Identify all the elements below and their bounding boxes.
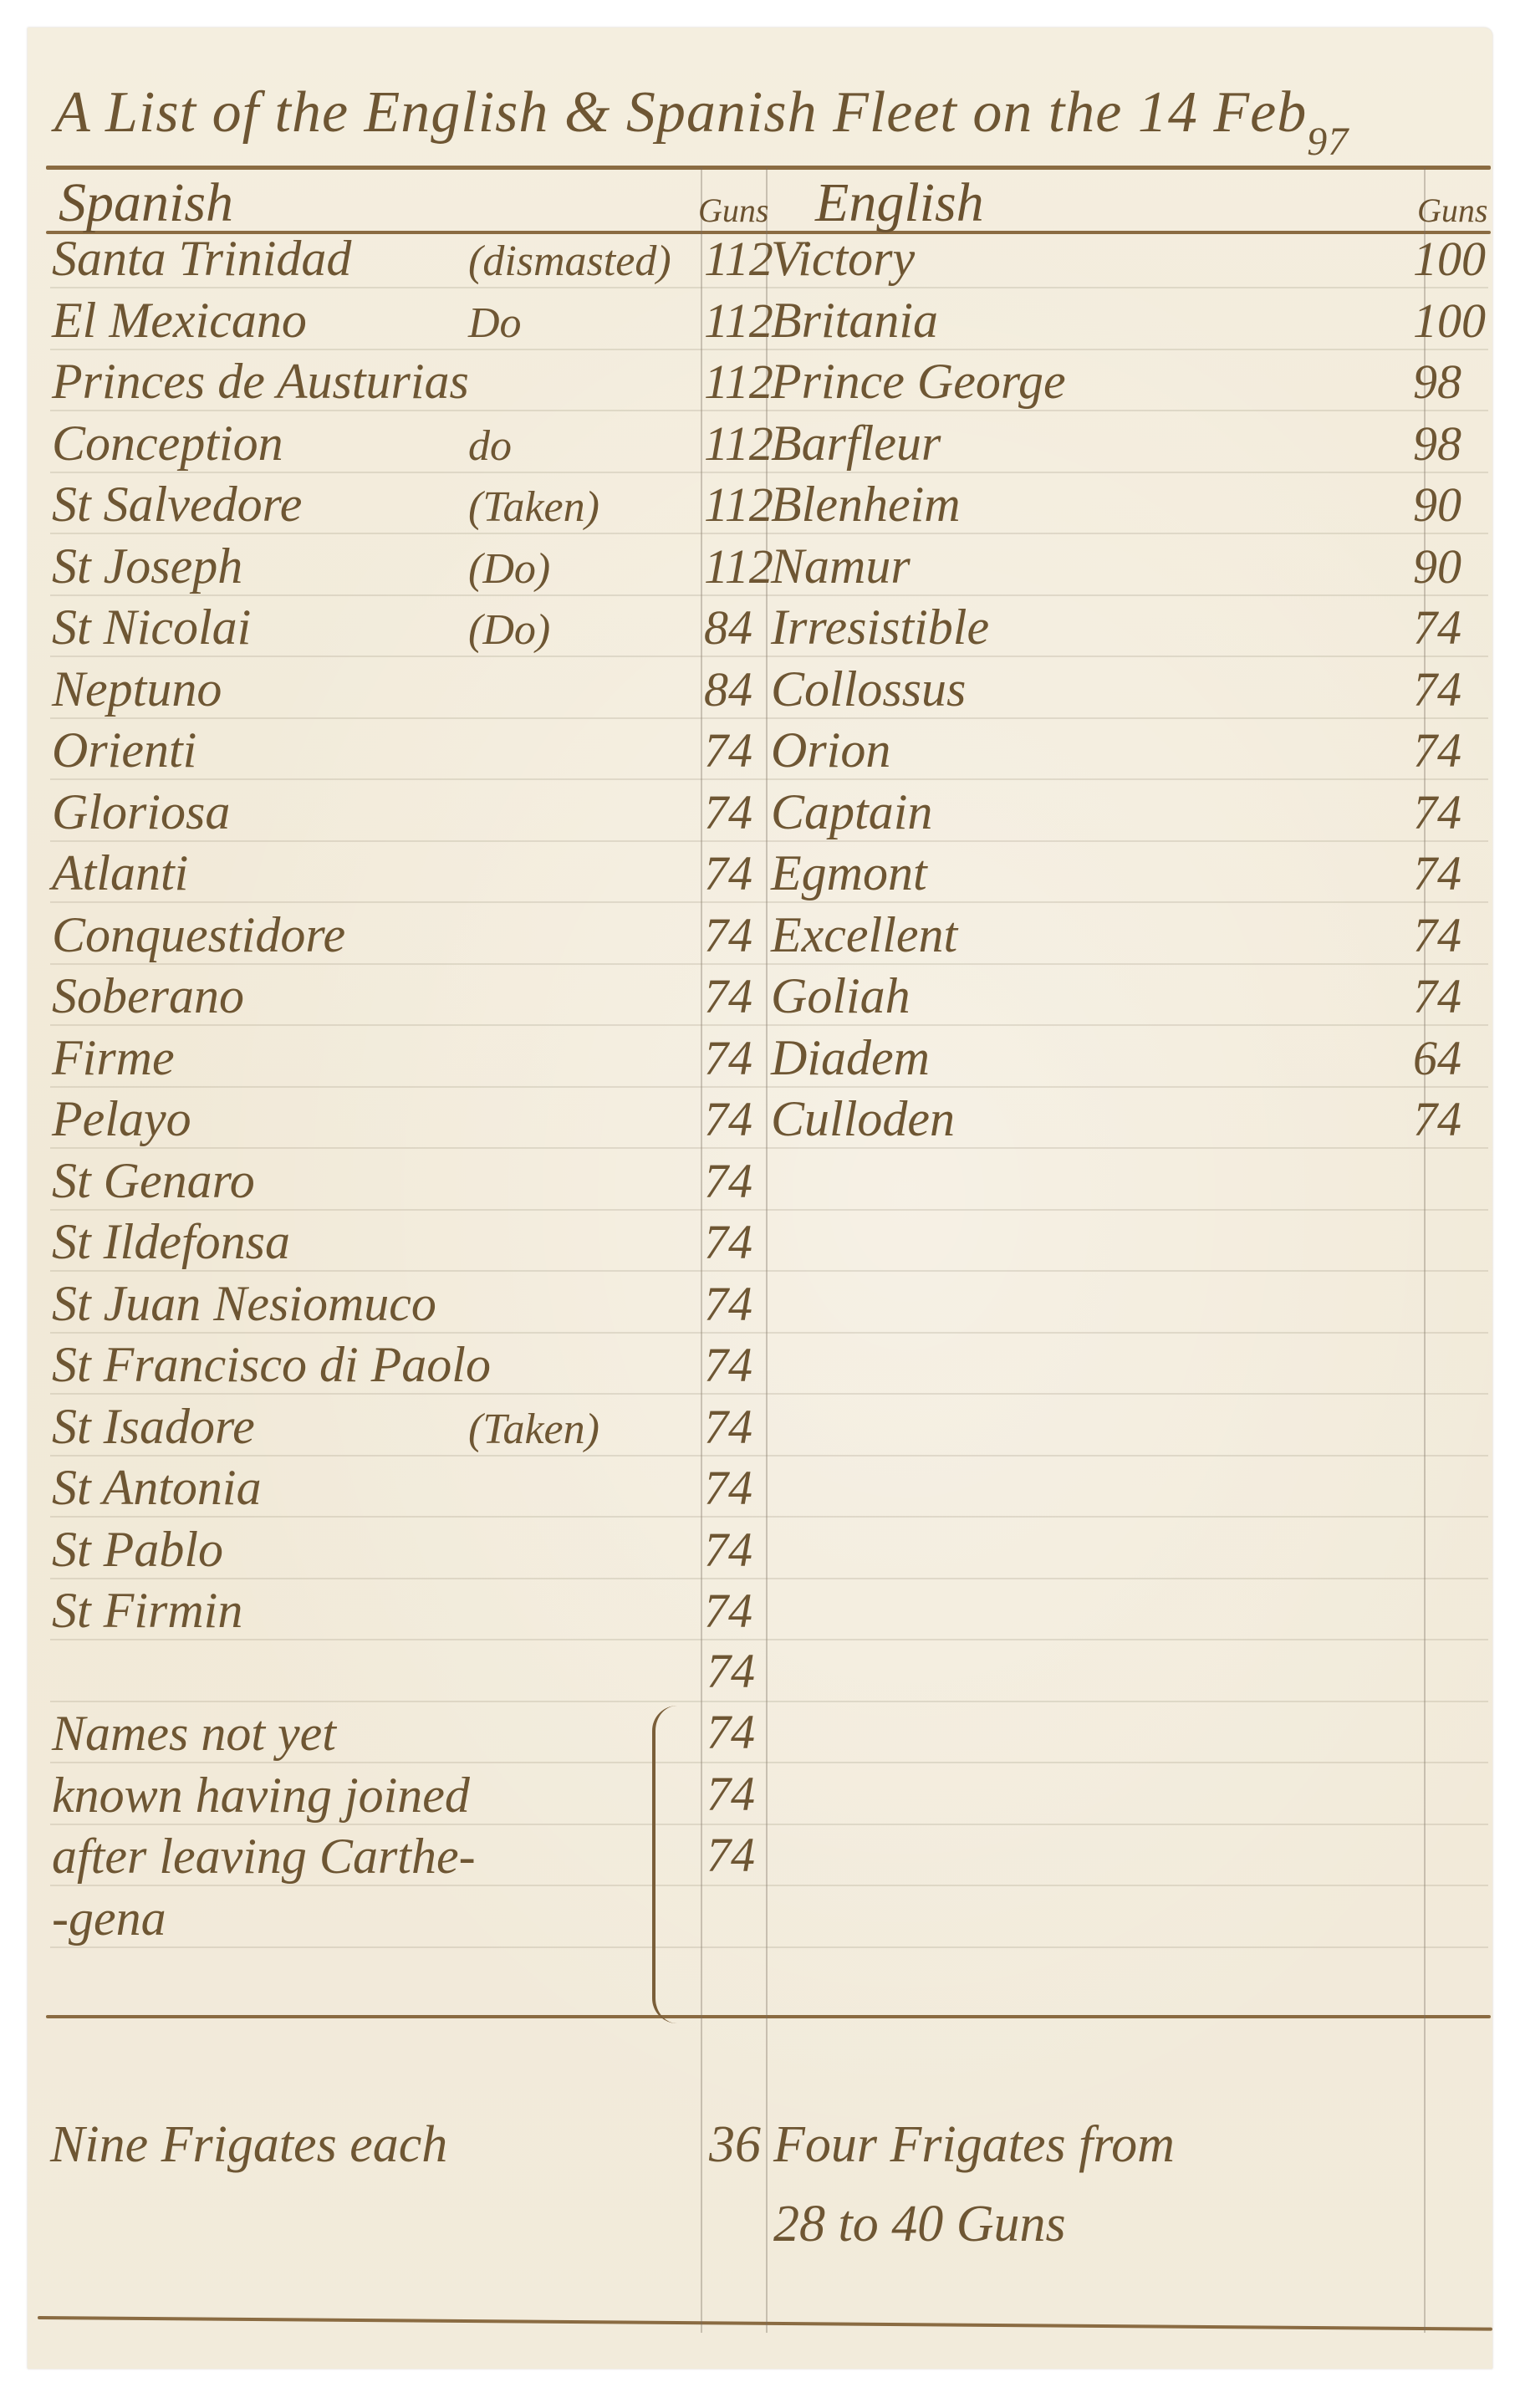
ship-guns: 98 xyxy=(1413,358,1461,406)
english-ship-row: Excellent74 xyxy=(752,905,1488,963)
ship-name: Orienti xyxy=(52,725,196,775)
ship-name: St Francisco di Paolo xyxy=(52,1339,491,1390)
header-spanish: Spanish xyxy=(59,171,233,235)
ship-guns: 74 xyxy=(704,911,752,960)
header-english-guns: Guns xyxy=(1417,191,1487,230)
ruled-line xyxy=(50,1639,1488,1640)
ship-name: Victory xyxy=(771,233,915,283)
ruled-line xyxy=(50,1332,1488,1334)
section-rule xyxy=(46,2015,1491,2018)
spanish-ship-row: St Francisco di Paolo74 xyxy=(0,1334,769,1393)
ship-guns: 74 xyxy=(1413,604,1461,652)
ship-name: St Nicolai xyxy=(52,602,251,652)
ruled-line xyxy=(50,472,1488,473)
unnamed-ship-guns: 74 xyxy=(706,1831,755,1880)
ruled-line xyxy=(50,594,1488,596)
ship-guns: 74 xyxy=(704,849,752,898)
ship-guns: 74 xyxy=(704,1280,752,1329)
ship-name: El Mexicano xyxy=(52,295,307,345)
unnamed-ship-guns: 74 xyxy=(706,1647,755,1696)
ship-guns: 90 xyxy=(1413,481,1461,529)
ruled-line xyxy=(50,349,1488,350)
spanish-ship-row: El MexicanoDo112 xyxy=(0,290,769,349)
ship-guns: 74 xyxy=(1413,788,1461,837)
ruled-line xyxy=(50,1824,1488,1825)
ruled-line xyxy=(50,1762,1488,1763)
ship-guns: 74 xyxy=(704,727,752,775)
ship-note: (Taken) xyxy=(468,1408,599,1451)
english-ship-row: Goliah74 xyxy=(752,966,1488,1024)
ship-name: Soberano xyxy=(52,971,244,1021)
ruled-line xyxy=(50,1270,1488,1272)
ruled-line xyxy=(50,410,1488,411)
english-ship-row: Irresistible74 xyxy=(752,597,1488,656)
spanish-ship-row: St Genaro74 xyxy=(0,1150,769,1209)
ship-guns: 90 xyxy=(1413,543,1461,591)
ship-name: St Joseph xyxy=(52,541,242,591)
ship-name: Princes de Austurias xyxy=(52,356,469,406)
ship-note: (Do) xyxy=(468,548,550,591)
spanish-ship-row: St Joseph(Do)112 xyxy=(0,536,769,594)
ship-name: Namur xyxy=(771,541,911,591)
ship-name: Blenheim xyxy=(771,479,961,529)
title-text: A List of the English & Spanish Fleet on… xyxy=(54,80,1307,145)
ship-name: Britania xyxy=(771,295,938,345)
english-ship-row: Barfleur98 xyxy=(752,413,1488,472)
ship-guns: 84 xyxy=(704,666,752,714)
ruled-line xyxy=(50,1701,1488,1702)
ruled-line xyxy=(50,963,1488,965)
ruled-line xyxy=(50,840,1488,842)
ship-name: Goliah xyxy=(771,971,911,1021)
ruled-line xyxy=(50,901,1488,903)
ship-note: Do xyxy=(468,302,522,345)
spanish-ship-row: Firme74 xyxy=(0,1028,769,1086)
english-ship-row: Diadem64 xyxy=(752,1028,1488,1086)
ship-guns: 74 xyxy=(704,1034,752,1083)
ship-guns: 74 xyxy=(704,1341,752,1390)
ship-name: Conception xyxy=(52,418,283,468)
english-ship-row: Victory100 xyxy=(752,228,1488,287)
brace-bracket xyxy=(652,1706,689,2023)
spanish-ship-row: Pelayo74 xyxy=(0,1089,769,1147)
ship-guns: 98 xyxy=(1413,420,1461,468)
unnamed-note-line: known having joined xyxy=(52,1770,470,1820)
spanish-ship-row: Orienti74 xyxy=(0,720,769,778)
spanish-frigates-guns: 36 xyxy=(709,2115,761,2175)
english-ship-row: Collossus74 xyxy=(752,659,1488,717)
ruled-line xyxy=(50,1516,1488,1518)
english-ship-row: Britania100 xyxy=(752,290,1488,349)
spanish-ship-row: Santa Trinidad(dismasted)112 xyxy=(0,228,769,287)
ship-guns: 74 xyxy=(1413,1095,1461,1144)
unnamed-note-line: after leaving Carthe- xyxy=(52,1831,476,1881)
ruled-line xyxy=(50,1946,1488,1948)
english-ship-row: Namur90 xyxy=(752,536,1488,594)
ship-guns: 74 xyxy=(704,972,752,1021)
ship-guns: 74 xyxy=(1413,972,1461,1021)
document-title: A List of the English & Spanish Fleet on… xyxy=(54,79,1467,146)
ruled-line xyxy=(50,717,1488,719)
unnamed-ship-guns: 74 xyxy=(706,1770,755,1819)
ship-guns: 100 xyxy=(1413,297,1486,345)
ship-guns: 74 xyxy=(1413,849,1461,898)
spanish-ship-row: St Salvedore(Taken)112 xyxy=(0,474,769,533)
header-english: English xyxy=(815,171,984,235)
ship-name: St Salvedore xyxy=(52,479,302,529)
english-ship-row: Prince George98 xyxy=(752,351,1488,410)
ship-name: St Firmin xyxy=(52,1585,242,1635)
ship-name: St Pablo xyxy=(52,1524,223,1574)
ruled-line xyxy=(50,1147,1488,1149)
ship-name: Collossus xyxy=(771,664,966,714)
ship-guns: 100 xyxy=(1413,235,1486,283)
english-ship-row: Orion74 xyxy=(752,720,1488,778)
ship-guns: 74 xyxy=(704,1526,752,1574)
ship-name: Prince George xyxy=(771,356,1066,406)
ship-name: St Antonia xyxy=(52,1462,262,1513)
ruled-line xyxy=(50,287,1488,288)
ship-name: Barfleur xyxy=(771,418,941,468)
english-ship-row: Blenheim90 xyxy=(752,474,1488,533)
ship-name: Irresistible xyxy=(771,602,989,652)
ship-name: Orion xyxy=(771,725,890,775)
ruled-line xyxy=(50,1209,1488,1211)
ruled-line xyxy=(50,533,1488,534)
ship-name: Firme xyxy=(52,1033,175,1083)
unnamed-note-line: Names not yet xyxy=(52,1708,336,1758)
ruled-line xyxy=(50,656,1488,657)
ship-guns: 74 xyxy=(704,1587,752,1635)
ship-note: (Do) xyxy=(468,609,550,652)
ship-name: Egmont xyxy=(771,848,927,898)
ship-guns: 74 xyxy=(704,788,752,837)
ship-guns: 74 xyxy=(704,1218,752,1267)
ship-name: St Genaro xyxy=(52,1156,255,1206)
ship-guns: 64 xyxy=(1413,1034,1461,1083)
spanish-ship-row: Gloriosa74 xyxy=(0,782,769,840)
english-frigates-line2: 28 to 40 Guns xyxy=(773,2195,1066,2254)
ship-name: Diadem xyxy=(771,1033,930,1083)
ship-guns: 74 xyxy=(1413,911,1461,960)
ship-name: Pelayo xyxy=(52,1094,191,1144)
ship-name: Santa Trinidad xyxy=(52,233,351,283)
spanish-frigates-label: Nine Frigates each xyxy=(50,2115,447,2175)
ship-name: Captain xyxy=(771,787,932,837)
spanish-ship-row: Atlanti74 xyxy=(0,843,769,901)
spanish-ship-row: St Antonia74 xyxy=(0,1457,769,1516)
ship-name: Atlanti xyxy=(52,848,188,898)
ruled-line xyxy=(50,1393,1488,1395)
spanish-ship-row: Conquestidore74 xyxy=(0,905,769,963)
spanish-ship-row: St Firmin74 xyxy=(0,1580,769,1639)
title-year: 97 xyxy=(1307,120,1349,164)
ruled-line xyxy=(50,778,1488,780)
spanish-ship-row: Conceptiondo112 xyxy=(0,413,769,472)
spanish-ship-row: St Pablo74 xyxy=(0,1519,769,1578)
ruled-line xyxy=(50,1578,1488,1579)
english-ship-row: Culloden74 xyxy=(752,1089,1488,1147)
spanish-ship-row: St Nicolai(Do)84 xyxy=(0,597,769,656)
ruled-line xyxy=(50,1086,1488,1088)
english-frigates-line1: Four Frigates from xyxy=(773,2115,1175,2175)
ruled-line xyxy=(50,1024,1488,1026)
ship-name: St Isadore xyxy=(52,1401,255,1451)
ship-note: (dismasted) xyxy=(468,240,671,283)
ship-name: Conquestidore xyxy=(52,910,345,960)
unnamed-note-line: -gena xyxy=(52,1893,166,1943)
ship-guns: 74 xyxy=(704,1095,752,1144)
ship-name: Excellent xyxy=(771,910,957,960)
ship-guns: 74 xyxy=(704,1403,752,1451)
ship-name: St Ildefonsa xyxy=(52,1217,290,1267)
title-rule xyxy=(46,166,1491,170)
ship-guns: 74 xyxy=(1413,727,1461,775)
ship-guns: 74 xyxy=(704,1464,752,1513)
ship-note: (Taken) xyxy=(468,486,599,529)
english-ship-row: Egmont74 xyxy=(752,843,1488,901)
ship-guns: 74 xyxy=(1413,666,1461,714)
ship-name: Gloriosa xyxy=(52,787,230,837)
header-spanish-guns: Guns xyxy=(698,191,768,230)
unnamed-ship-guns: 74 xyxy=(706,1708,755,1757)
spanish-ship-row: St Ildefonsa74 xyxy=(0,1212,769,1270)
ship-guns: 74 xyxy=(704,1157,752,1206)
ruled-line xyxy=(50,1455,1488,1457)
spanish-ship-row: Neptuno84 xyxy=(0,659,769,717)
english-ship-row: Captain74 xyxy=(752,782,1488,840)
spanish-ship-row: Soberano74 xyxy=(0,966,769,1024)
ship-note: do xyxy=(468,425,512,468)
ship-name: St Juan Nesiomuco xyxy=(52,1278,436,1329)
spanish-ship-row: St Juan Nesiomuco74 xyxy=(0,1273,769,1332)
ship-guns: 84 xyxy=(704,604,752,652)
ship-name: Neptuno xyxy=(52,664,222,714)
spanish-ship-row: Princes de Austurias112 xyxy=(0,351,769,410)
ruled-line xyxy=(50,1885,1488,1886)
ship-name: Culloden xyxy=(771,1094,955,1144)
spanish-ship-row: St Isadore(Taken)74 xyxy=(0,1396,769,1455)
